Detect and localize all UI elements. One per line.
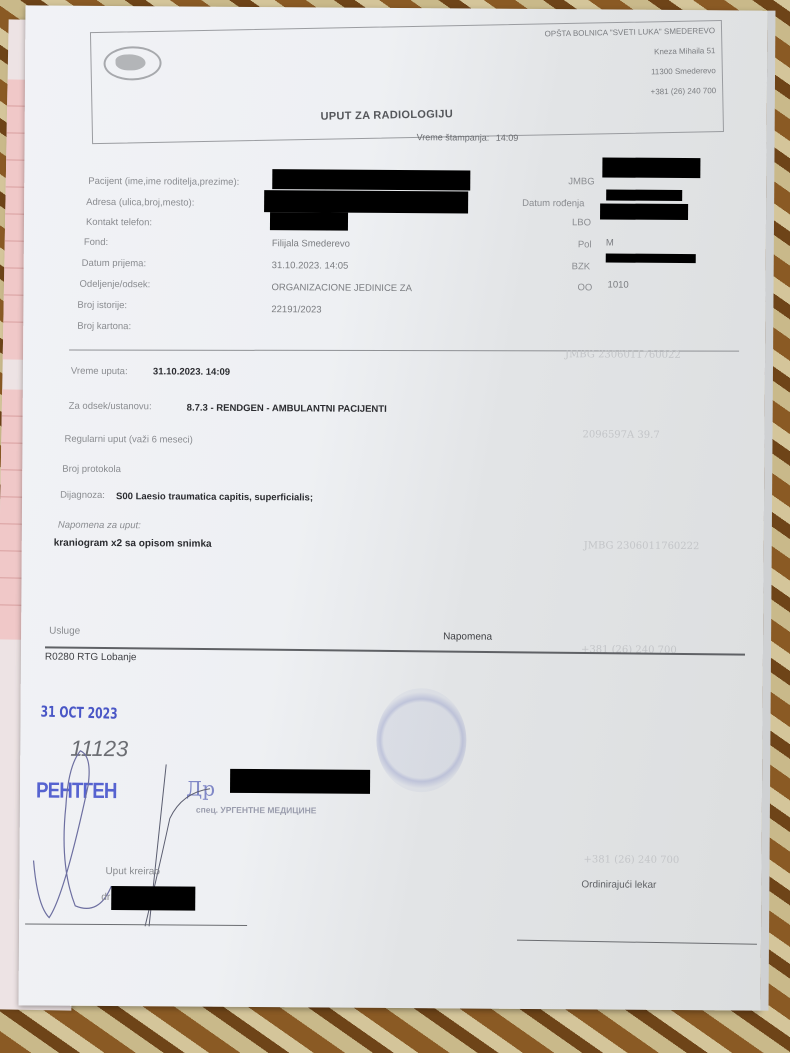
bleed-through-text: 2096597A 39.7 bbox=[582, 429, 659, 441]
hospital-logo-icon bbox=[103, 46, 162, 81]
field-label-bzk: BZK bbox=[572, 261, 591, 272]
field-label-card-number: Broj kartona: bbox=[77, 321, 131, 332]
logo-caption bbox=[165, 48, 255, 57]
field-label-address: Adresa (ulica,broj,mesto): bbox=[86, 197, 194, 209]
department-stamp: РЕНТГЕН bbox=[36, 778, 117, 805]
field-value-oo: 1010 bbox=[608, 279, 629, 290]
field-label-admission-date: Datum prijema: bbox=[82, 258, 146, 269]
field-label-fund: Fond: bbox=[84, 237, 108, 248]
referral-time-label: Vreme uputa: bbox=[71, 366, 128, 377]
redacted-doctor-name bbox=[230, 769, 370, 794]
diagnosis-label: Dijagnoza: bbox=[60, 490, 105, 501]
hospital-phone: +381 (26) 240 700 bbox=[546, 81, 717, 104]
referral-dept-label: Za odsek/ustanovu: bbox=[69, 401, 152, 413]
print-time-label: Vreme štampanja: bbox=[417, 132, 490, 143]
hospital-info: OPŠTA BOLNICA "SVETI LUKA" SMEDEREVO Kne… bbox=[544, 21, 716, 104]
field-label-sex: Pol bbox=[578, 239, 592, 250]
field-label-phone: Kontakt telefon: bbox=[86, 217, 152, 228]
doctor-stamp-prefix: Др bbox=[186, 777, 215, 801]
redacted-issuer-name bbox=[111, 886, 195, 911]
referral-document: OPŠTA BOLNICA "SVETI LUKA" SMEDEREVO Kne… bbox=[19, 5, 768, 1010]
issued-by-label: Uput kreirao bbox=[105, 866, 160, 877]
field-value-history-number: 22191/2023 bbox=[271, 304, 321, 315]
referral-note-value: kraniogram x2 sa opisom snimka bbox=[54, 538, 212, 550]
signature-line-left bbox=[25, 923, 247, 926]
diagnosis-value: S00 Laesio traumatica capitis, superfici… bbox=[116, 491, 313, 503]
redacted-birth-date bbox=[606, 189, 682, 201]
bleed-through-text: +381 (26) 240 700 bbox=[584, 854, 680, 866]
field-label-patient: Pacijent (ime,ime roditelja,prezime): bbox=[88, 176, 239, 188]
field-label-oo: OO bbox=[578, 282, 593, 293]
print-time: Vreme štampanja: 14:09 bbox=[417, 132, 519, 143]
bleed-through-text: JMBG 2306011760222 bbox=[584, 540, 700, 552]
field-label-lbo: LBO bbox=[572, 217, 591, 228]
referral-note-label: Napomena za uput: bbox=[58, 520, 141, 532]
referral-time-value: 31.10.2023. 14:09 bbox=[153, 366, 230, 378]
field-label-history-number: Broj istorije: bbox=[77, 300, 127, 311]
redacted-phone bbox=[270, 212, 348, 231]
redacted-lbo bbox=[600, 203, 688, 220]
field-value-sex: M bbox=[606, 237, 614, 248]
doctor-specialty: спец. УРГЕНТНЕ МЕДИЦИНЕ bbox=[196, 805, 317, 816]
field-label-department: Odeljenje/odsek: bbox=[80, 279, 151, 290]
document-title: UPUT ZA RADIOLOGIJU bbox=[321, 108, 454, 123]
date-stamp: 31 OCT 2023 bbox=[40, 703, 117, 723]
bleed-through-text: JMBG 2306011760022 bbox=[565, 349, 681, 361]
round-seal bbox=[376, 688, 467, 793]
redacted-jmbg bbox=[602, 157, 700, 178]
field-label-jmbg: JMBG bbox=[568, 176, 594, 187]
redacted-patient-name bbox=[272, 169, 470, 190]
field-value-fund: Filijala Smederevo bbox=[272, 238, 350, 250]
signature-line-right bbox=[517, 940, 757, 945]
field-value-admission-date: 31.10.2023. 14:05 bbox=[272, 260, 349, 272]
issued-by-prefix: dr bbox=[101, 892, 110, 903]
column-header-note: Napomena bbox=[443, 631, 492, 642]
document-header: OPŠTA BOLNICA "SVETI LUKA" SMEDEREVO Kne… bbox=[90, 20, 724, 144]
referral-dept-value: 8.7.3 - RENDGEN - AMBULANTNI PACIJENTI bbox=[187, 403, 387, 415]
field-label-birth-date: Datum rođenja bbox=[522, 198, 584, 209]
redacted-address bbox=[264, 190, 468, 213]
protocol-number-label: Broj protokola bbox=[62, 464, 121, 475]
service-name: R0280 RTG Lobanje bbox=[45, 652, 137, 664]
handwritten-number: 11123 bbox=[70, 736, 128, 762]
table-row: R0280 RTG Lobanje bbox=[45, 652, 137, 664]
regular-referral-label: Regularni uput (važi 6 meseci) bbox=[64, 434, 192, 446]
field-value-department: ORGANIZACIONE JEDINICE ZA bbox=[271, 282, 411, 294]
print-time-value: 14:09 bbox=[496, 133, 519, 143]
column-header-services: Usluge bbox=[49, 626, 80, 637]
redacted-bzk bbox=[606, 253, 696, 263]
ordering-doctor-label: Ordinirajući lekar bbox=[581, 879, 656, 891]
